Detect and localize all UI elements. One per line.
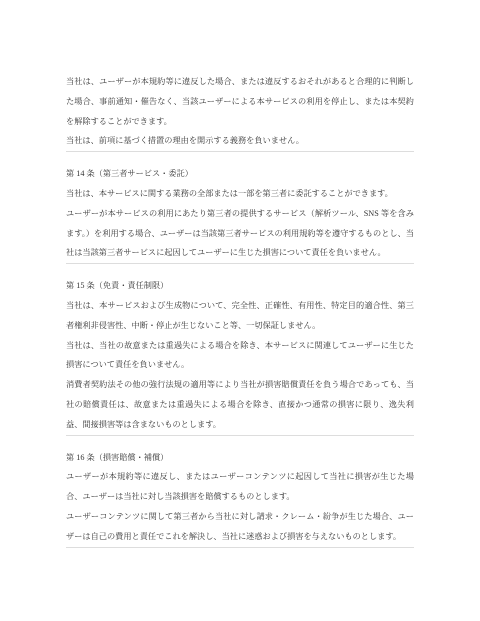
paragraph: ユーザーコンテンツに関して第三者から当社に対し請求・クレーム・紛争が生じた場合、… — [66, 507, 414, 547]
section-divider — [66, 263, 414, 264]
paragraph: 当社は、当社の故意または重過失による場合を除き、本サービスに関連してユーザーに生… — [66, 336, 414, 376]
section-article-14: 第 14 条（第三者サービス・委託） 当社は、本サービスに関する業務の全部または… — [66, 164, 414, 263]
section-article-16: 第 16 条（損害賠償・補償） ユーザーが本規約等に違反し、またはユーザーコンテ… — [66, 448, 414, 547]
section-termination: 当社は、ユーザーが本規約等に違反した場合、または違反するおそれがあると合理的に判… — [66, 72, 414, 151]
terms-document: 当社は、ユーザーが本規約等に違反した場合、または違反するおそれがあると合理的に判… — [66, 72, 414, 548]
section-divider — [66, 151, 414, 152]
paragraph: 当社は、前項に基づく措置の理由を開示する義務を負いません。 — [66, 131, 414, 151]
paragraph: 当社は、本サービスに関する業務の全部または一部を第三者に委託することができます。 — [66, 184, 414, 204]
section-divider — [66, 547, 414, 548]
section-heading: 第 16 条（損害賠償・補償） — [66, 448, 414, 468]
section-heading: 第 14 条（第三者サービス・委託） — [66, 164, 414, 184]
paragraph: 当社は、本サービスおよび生成物について、完全性、正確性、有用性、特定目的適合性、… — [66, 296, 414, 336]
paragraph: 消費者契約法その他の強行法規の適用等により当社が損害賠償責任を負う場合であっても… — [66, 375, 414, 434]
section-divider — [66, 435, 414, 436]
paragraph: 当社は、ユーザーが本規約等に違反した場合、または違反するおそれがあると合理的に判… — [66, 72, 414, 131]
paragraph: ユーザーが本規約等に違反し、またはユーザーコンテンツに起因して当社に損害が生じた… — [66, 467, 414, 507]
section-article-15: 第 15 条（免責・責任制限） 当社は、本サービスおよび生成物について、完全性、… — [66, 276, 414, 434]
section-heading: 第 15 条（免責・責任制限） — [66, 276, 414, 296]
document-page: 当社は、ユーザーが本規約等に違反した場合、または違反するおそれがあると合理的に判… — [0, 0, 480, 621]
paragraph: ユーザーが本サービスの利用にあたり第三者の提供するサービス（解析ツール、SNS … — [66, 204, 414, 263]
